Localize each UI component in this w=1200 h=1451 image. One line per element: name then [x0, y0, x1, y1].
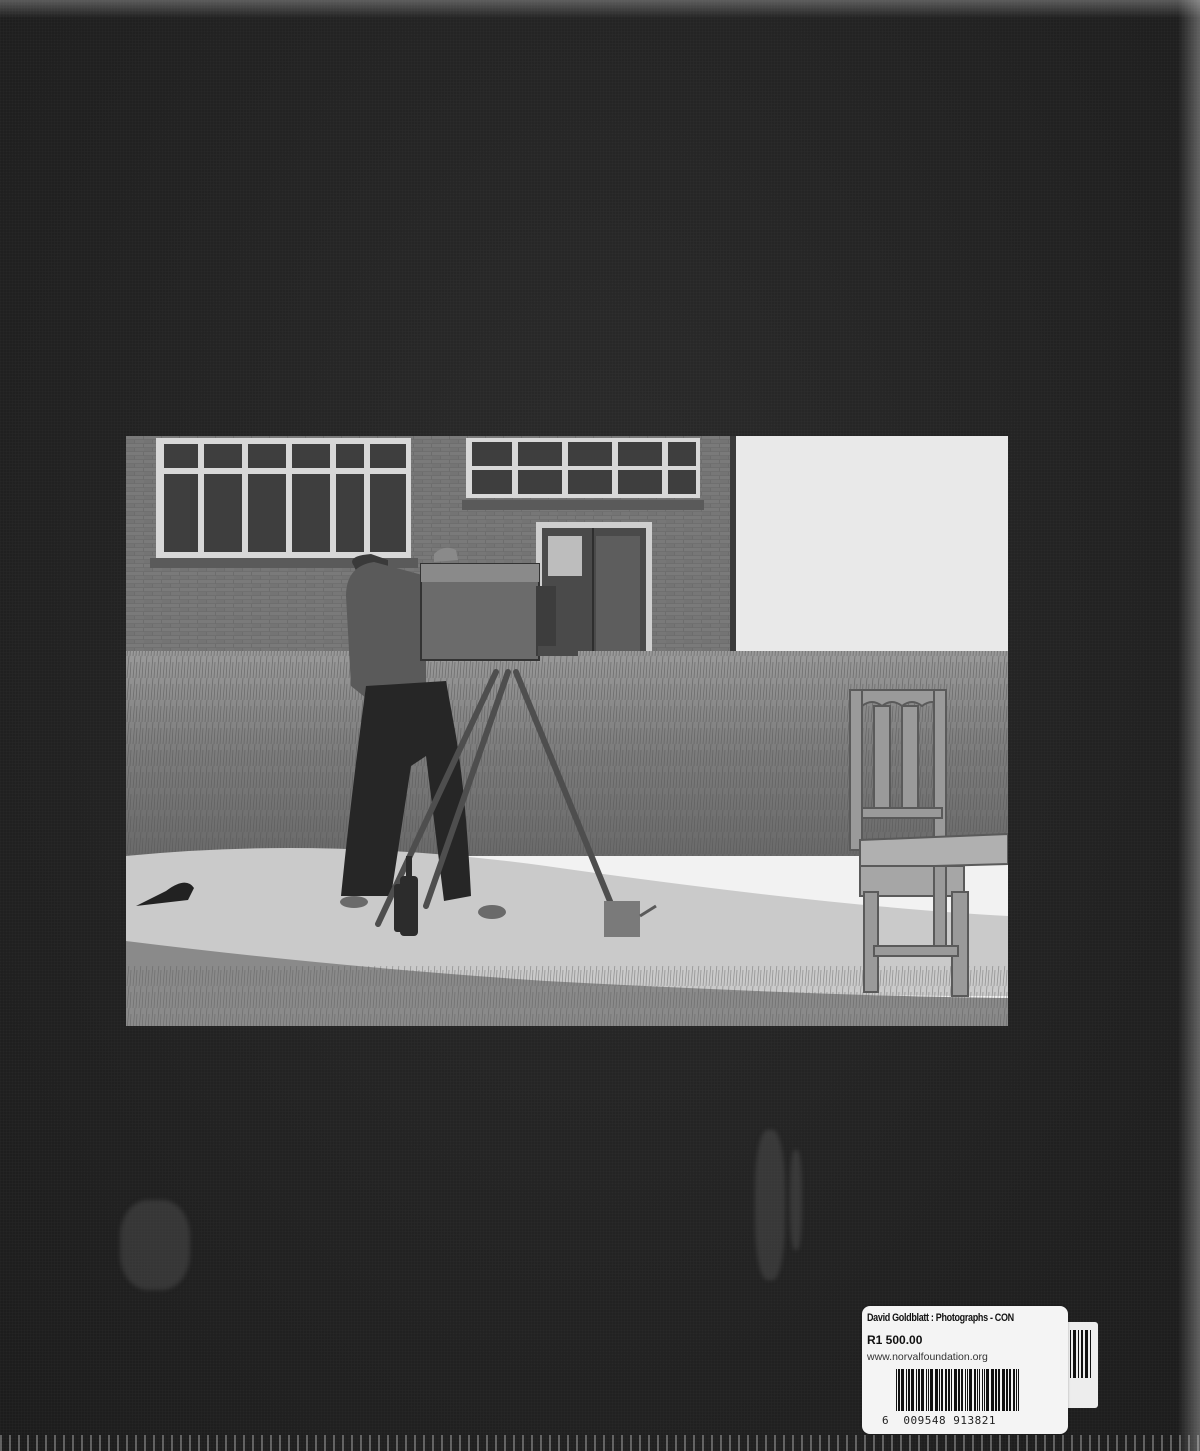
barcode-digits: 6 009548 913821 [882, 1414, 996, 1427]
shrinkwrap-edge-top [0, 0, 1200, 18]
shrinkwrap-edge-bottom [0, 1435, 1200, 1451]
cover-scuff [120, 1200, 190, 1290]
cover-scuff [755, 1130, 785, 1280]
price-sticker: David Goldblatt : Photographs - CON R1 5… [862, 1306, 1068, 1434]
window-left [150, 438, 418, 568]
barcode [896, 1369, 1022, 1411]
sticker-url: www.norvalfoundation.org [867, 1351, 988, 1363]
shrinkwrap-edge-right [1178, 0, 1200, 1451]
sticker-price: R1 500.00 [867, 1333, 922, 1347]
barcode-fragment [1066, 1330, 1094, 1378]
sticker-title: David Goldblatt : Photographs - CON [867, 1312, 1014, 1324]
cover-photograph [126, 436, 1008, 1026]
cover-scuff [790, 1150, 802, 1250]
book-back-cover: David Goldblatt : Photographs - CON R1 5… [0, 0, 1200, 1451]
photograph-illustration [126, 436, 1008, 1026]
